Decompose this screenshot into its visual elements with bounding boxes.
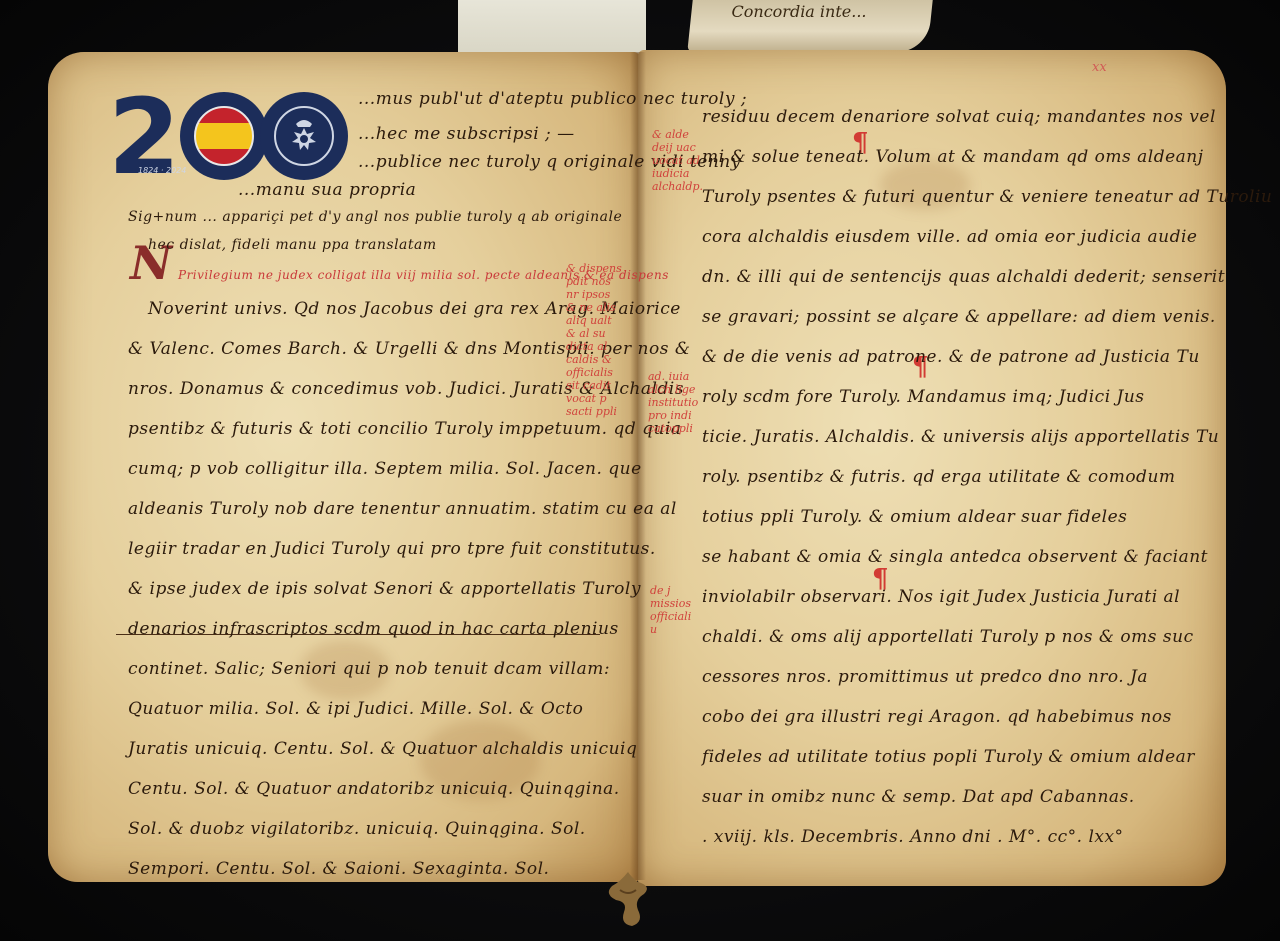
left-page-text: ...mus publ'ut d'ateptu publico nec turo… — [128, 80, 598, 890]
text-line: nros. Donamus & concedimus vob. Judici. … — [128, 370, 598, 410]
text-line: ticie. Juratis. Alchaldis. & universis a… — [702, 418, 1172, 458]
police-badge-icon — [274, 106, 334, 166]
right-page-text: residuu decem denariore solvat cuiq; man… — [702, 98, 1172, 858]
text-line: cobo dei gra illustri regi Aragon. qd ha… — [702, 698, 1172, 738]
text-line: roly. psentibz & futris. qd erga utilita… — [702, 458, 1172, 498]
text-line: cora alchaldis eiusdem ville. ad omia eo… — [702, 218, 1172, 258]
text-line: residuu decem denariore solvat cuiq; man… — [702, 98, 1172, 138]
note-slip-tab: Concordia inte... — [687, 0, 932, 52]
spanish-flag-icon — [194, 106, 254, 166]
text-line: totius ppli Turoly. & omium aldear suar … — [702, 498, 1172, 538]
margin-note-right-lower: de j missios officiali u — [650, 584, 691, 636]
logo-ring-flag — [180, 92, 268, 180]
text-line: Noverint univs. Qd nos Jacobus dei gra r… — [128, 290, 598, 330]
binding-cord — [598, 872, 662, 928]
text-line: chaldi. & oms alij apportellati Turoly p… — [702, 618, 1172, 658]
text-line: Turoly psentes & futuri quentur & venier… — [702, 178, 1172, 218]
text-line: Centu. Sol. & Quatuor andatoribz unicuiq… — [128, 770, 598, 810]
logo-years: 1824 · 2024 — [138, 166, 186, 175]
text-line: dn. & illi qui de sentencijs quas alchal… — [702, 258, 1172, 298]
text-line: & Valenc. Comes Barch. & Urgelli & dns M… — [128, 330, 598, 370]
rubric-line: Privilegium ne judex colligat illa viij … — [128, 261, 598, 290]
text-line: Sig+num ... appariçi pet d'y angl nos pu… — [128, 205, 598, 230]
anniversary-logo-200: 2 1824 · 2024 — [108, 90, 353, 185]
text-line: psentibz & futuris & toti concilio Turol… — [128, 410, 598, 450]
margin-note-right-middle: ad. iuia alch lige institutio pro indi c… — [648, 370, 698, 435]
logo-ring-badge — [260, 92, 348, 180]
text-line: cessores nros. promittimus ut predco dno… — [702, 658, 1172, 698]
text-line: hec dislat, fideli manu ppa translatam — [128, 230, 598, 261]
text-line: Juratis unicuiq. Centu. Sol. & Quatuor a… — [128, 730, 598, 770]
text-line: Sempori. Centu. Sol. & Saioni. Sexaginta… — [128, 850, 598, 890]
text-line: legiir tradar en Judici Turoly qui pro t… — [128, 530, 598, 570]
text-line: suar in omibz nunc & semp. Dat apd Caban… — [702, 778, 1172, 818]
text-line: se habant & omia & singla antedca observ… — [702, 538, 1172, 578]
text-line: aldeanis Turoly nob dare tenentur annuat… — [128, 490, 598, 530]
text-line: Quatuor milia. Sol. & ipi Judici. Mille.… — [128, 690, 598, 730]
text-line: denarios infrascriptos scdm quod in hac … — [128, 610, 598, 650]
margin-note-right-top: & alde deij uac uocat ad iudicia alchald… — [652, 128, 703, 193]
text-line: . xviij. kls. Decembris. Anno dni . M°. … — [702, 818, 1172, 858]
text-line: se gravari; possint se alçare & appellar… — [702, 298, 1172, 338]
text-line: fideles ad utilitate totius popli Turoly… — [702, 738, 1172, 778]
text-line: & ipse judex de ipis solvat Senori & app… — [128, 570, 598, 610]
note-slip-text: Concordia inte... — [732, 2, 867, 21]
text-line: Sol. & duobz vigilatoribz. unicuiq. Quin… — [128, 810, 598, 850]
text-line: mi & solue teneat. Volum at & mandam qd … — [702, 138, 1172, 178]
margin-note-left-page: & dispens pdit nos nr ipsos & ne alis al… — [566, 262, 622, 418]
text-line: roly scdm fore Turoly. Mandamus imq; Jud… — [702, 378, 1172, 418]
text-line: inviolabilr observari. Nos igit Judex Ju… — [702, 578, 1172, 618]
paper-slip-tab — [458, 0, 646, 58]
text-line: cumq; p vob colligitur illa. Septem mili… — [128, 450, 598, 490]
text-line: continet. Salic; Seniori qui p nob tenui… — [128, 650, 598, 690]
folio-number: xx — [1092, 60, 1107, 75]
text-line: & de die venis ad patrone. & de patrone … — [702, 338, 1172, 378]
